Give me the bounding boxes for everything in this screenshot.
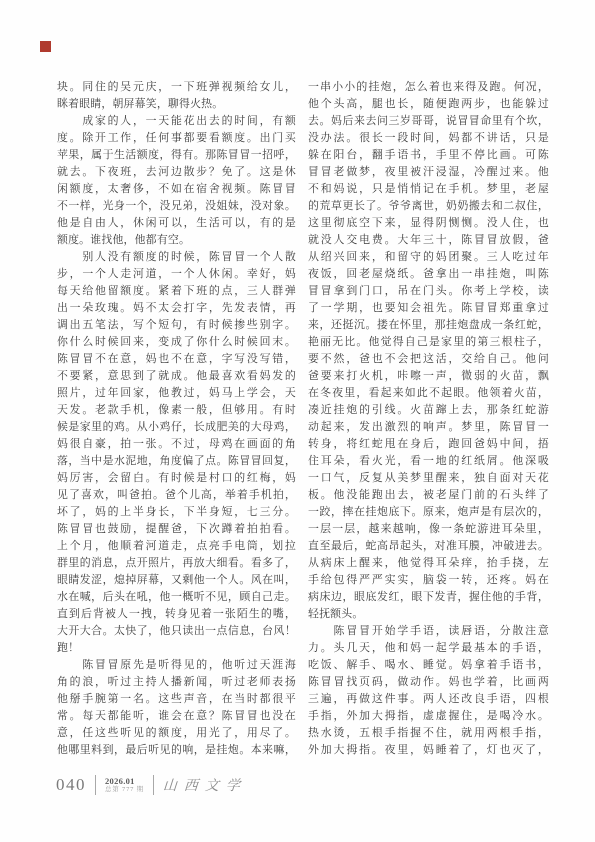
text-line: 住耳朵，看火光，看一地的红纸屑。他深吸 [308,453,549,470]
text-line: 陈冒冒找页码，做动作。妈也学着，比画两 [308,674,549,691]
text-line: 不和妈说，只是悄悄记在手机。梦里，老屋 [308,181,549,198]
text-line: 直至最后，蛇高昂起头，对准耳膜，冲破进去。 [308,538,549,555]
text-line: 陈冒冒也鼓励，提醒爸，下次蹲着拍拍看。 [57,521,296,538]
text-line: 他是自由人，休闲可以，生活可以，有的是 [57,215,296,232]
text-line: 力。头几天，他和妈一起学最基本的手语， [308,640,549,657]
magazine-page: 块。同住的吴元庆，一下班弹视频给女儿，眯着眼睛，朝屏幕笑，聊得火热。 成家的人，… [0,0,595,842]
text-line: 出一朵玫瑰。妈不太会打字，先发表情，再 [57,300,296,317]
text-line: 候是家里的鸡。从小鸡仔，长成肥美的大母鸡， [57,419,296,436]
issue-info: 2026.01 总第 777 期 [105,776,144,794]
text-line: 见了喜欢，叫爸拍。爸个儿高，举着手机拍， [57,487,296,504]
text-line: 块。同住的吴元庆，一下班弹视频给女儿， [57,79,296,96]
text-line: 从病床上醒来，他觉得耳朵痒，抬手挠，左 [308,555,549,572]
text-line: 三遍，再做这件事。两人还改良手语，四根 [308,691,549,708]
text-line: 眼睛发涩，熄掉屏幕，又剩他一个人。风在叫， [57,572,296,589]
text-line: 一串小小的挂炮，怎么着也来得及跑。何况， [308,79,549,96]
text-line: 每天给他留额度。紧着下班的点，三人群弹 [57,283,296,300]
text-line: 手指，外加大拇指，虚虚握住，是喝冷水。 [308,708,549,725]
text-line: 群里的消息，点开照片，再放大细看。看多了， [57,555,296,572]
text-line: 他掰手腕第一名。这些声音，在当时都很平 [57,691,296,708]
text-line: 陈冒冒开始学手语，读唇语，分散注意 [308,623,549,640]
text-line: 妈厉害，会留白。有时候是村口的红梅，妈 [57,470,296,487]
text-line: 别人没有额度的时候，陈冒冒一个人散 [57,249,296,266]
text-line: 手给包得严严实实，脑袋一转，还疼。妈在 [308,572,549,589]
journal-logo: 山西文学 [162,775,247,795]
text-line: 不要紧，意思到了就成。他最喜欢看妈发的 [57,368,296,385]
text-line: 躲在阳台，翻手语书，手里不停比画。可陈 [308,147,549,164]
text-line: 就没人交电费。大年三十，陈冒冒放假，爸 [308,232,549,249]
text-line: 板。他没能跑出去，被老屋门前的石头绊了 [308,487,549,504]
page-number: 040 [56,774,86,796]
text-line: 上个月，他顺着河道走，点亮手电筒，划拉 [57,538,296,555]
text-line: 轻抚额头。 [308,606,549,623]
text-line: 去。妈后来去问三岁哥哥，说冒冒命里有个坎， [308,113,549,130]
text-line: 一层一层，越来越响，像一条蛇游进耳朵里， [308,521,549,538]
text-line: 了一学期，也要知会祖先。陈冒冒郑重拿过 [308,300,549,317]
text-line: 冒冒拿到门口，吊在门头。你考上学校，读 [308,283,549,300]
text-line: 夜饭，回老屋烧纸。爸拿出一串挂炮，叫陈 [308,266,549,283]
text-line: 水在喊，后头在吼，他一概听不见，顾自己走。 [57,589,296,606]
text-line: 调出五笔法，写个短句，有时候掺些别字。 [57,317,296,334]
text-line: 直到后背被人一拽，转身见着一张陌生的嘴， [57,606,296,623]
text-line: 你什么时候回来，变成了你什么时候回末。 [57,334,296,351]
text-line: 妈很自豪，拍一张。不过，母鸡在画面的角 [57,436,296,453]
footer-divider [153,775,154,795]
text-line: 一口气，反复从美梦里醒来，独自面对天花 [308,470,549,487]
red-corner-marker [40,41,51,52]
footer-divider [95,775,96,795]
text-line: 天发。老款手机，像素一般，但够用。有时 [57,402,296,419]
text-line: 意，任这些听见的额度，用光了，用尽了。 [57,725,296,742]
left-text-column: 块。同住的吴元庆，一下班弹视频给女儿，眯着眼睛，朝屏幕笑，聊得火热。 成家的人，… [57,79,296,759]
text-line: 要不然，爸也不会把这活，交给自己。他问 [308,351,549,368]
text-line: 成家的人，一天能花出去的时间，有额 [57,113,296,130]
text-line: 陈冒冒原先是听得见的，他听过天涯海 [57,657,296,674]
text-line: 动起来，发出激烈的响声。梦里，陈冒冒一 [308,419,549,436]
text-line: 闲额度，太奢侈，不如在宿舍视频。陈冒冒 [57,181,296,198]
text-line: 大开大合。太快了，他只读出一点信息，台风！ [57,623,296,640]
text-line: 陈冒冒不在意，妈也不在意，字写没写错， [57,351,296,368]
text-line: 这里彻底空下来，显得阴恻恻。没人住，也 [308,215,549,232]
text-line: 艳丽无比。他觉得自己是家里的第三根柱子， [308,334,549,351]
text-line: 在冬夜里，看起来如此不起眼。他领着火苗， [308,385,549,402]
text-line: 转身，将红蛇甩在身后，跑回爸妈中间，捂 [308,436,549,453]
text-line: 他哪里料到，最后听见的响，是挂炮。本来嘛， [57,742,296,759]
text-line: 落，当中是水泥地，角度偏了点。陈冒冒回复， [57,453,296,470]
text-line: 就去。下夜班，去河边散步？免了。这是休 [57,164,296,181]
text-line: 跑！ [57,640,296,657]
right-text-column: 一串小小的挂炮，怎么着也来得及跑。何况，他个头高，腿也长，随便跑两步，也能躲过去… [308,79,549,759]
text-line: 步，一个人走河道，一个人休闲。幸好，妈 [57,266,296,283]
text-line: 热水烫，五根手指握不住，就用两根手指， [308,725,549,742]
text-line: 额度。谁找他，他都有空。 [57,232,296,249]
text-line: 角的浪，听过主持人播新闻，听过老师表扬 [57,674,296,691]
text-line: 常。每天都能听，谁会在意？陈冒冒也没在 [57,708,296,725]
issue-total-label: 总第 777 期 [105,786,144,794]
text-line: 的荒草更长了。爷爷离世，奶奶搬去和二叔住， [308,198,549,215]
text-line: 照片，过年回家，他教过，妈马上学会，天 [57,385,296,402]
text-line: 爸要来打火机，咔嚓一声，微弱的火苗，飘 [308,368,549,385]
text-line: 冒冒老做梦，夜里被汗浸湿，冷醒过来。他 [308,164,549,181]
text-line: 度。除开工作，任何事都要看额度。出门买 [57,130,296,147]
text-line: 不一样，光身一个，没兄弟，没姐妹，没对象。 [57,198,296,215]
text-line: 眯着眼睛，朝屏幕笑，聊得火热。 [57,96,296,113]
text-line: 外加大拇指。夜里，妈睡着了，灯也灭了， [308,742,549,759]
text-line: 凑近挂炮的引线。火苗蹿上去，那条红蛇游 [308,402,549,419]
text-line: 从绍兴回来，和留守的妈团聚。三人吃过年 [308,249,549,266]
issue-date: 2026.01 [105,776,144,786]
text-line: 他个头高，腿也长，随便跑两步，也能躲过 [308,96,549,113]
text-line: 一跤，摔在挂炮底下。原来，炮声是有层次的， [308,504,549,521]
text-line: 没办法。很长一段时间，妈都不讲话，只是 [308,130,549,147]
text-line: 来，还挺沉。搂在怀里，那挂炮盘成一条红蛇， [308,317,549,334]
page-footer: 040 2026.01 总第 777 期 山西文学 [56,774,247,796]
text-line: 苹果，属于生活额度，得有。那陈冒冒一招呼， [57,147,296,164]
text-line: 病床边，眼底发红，眼下发青，握住他的手背， [308,589,549,606]
text-line: 坏了，妈的上半身长，下半身短，七三分。 [57,504,296,521]
text-line: 吃饭、解手、喝水、睡觉。妈拿着手语书， [308,657,549,674]
